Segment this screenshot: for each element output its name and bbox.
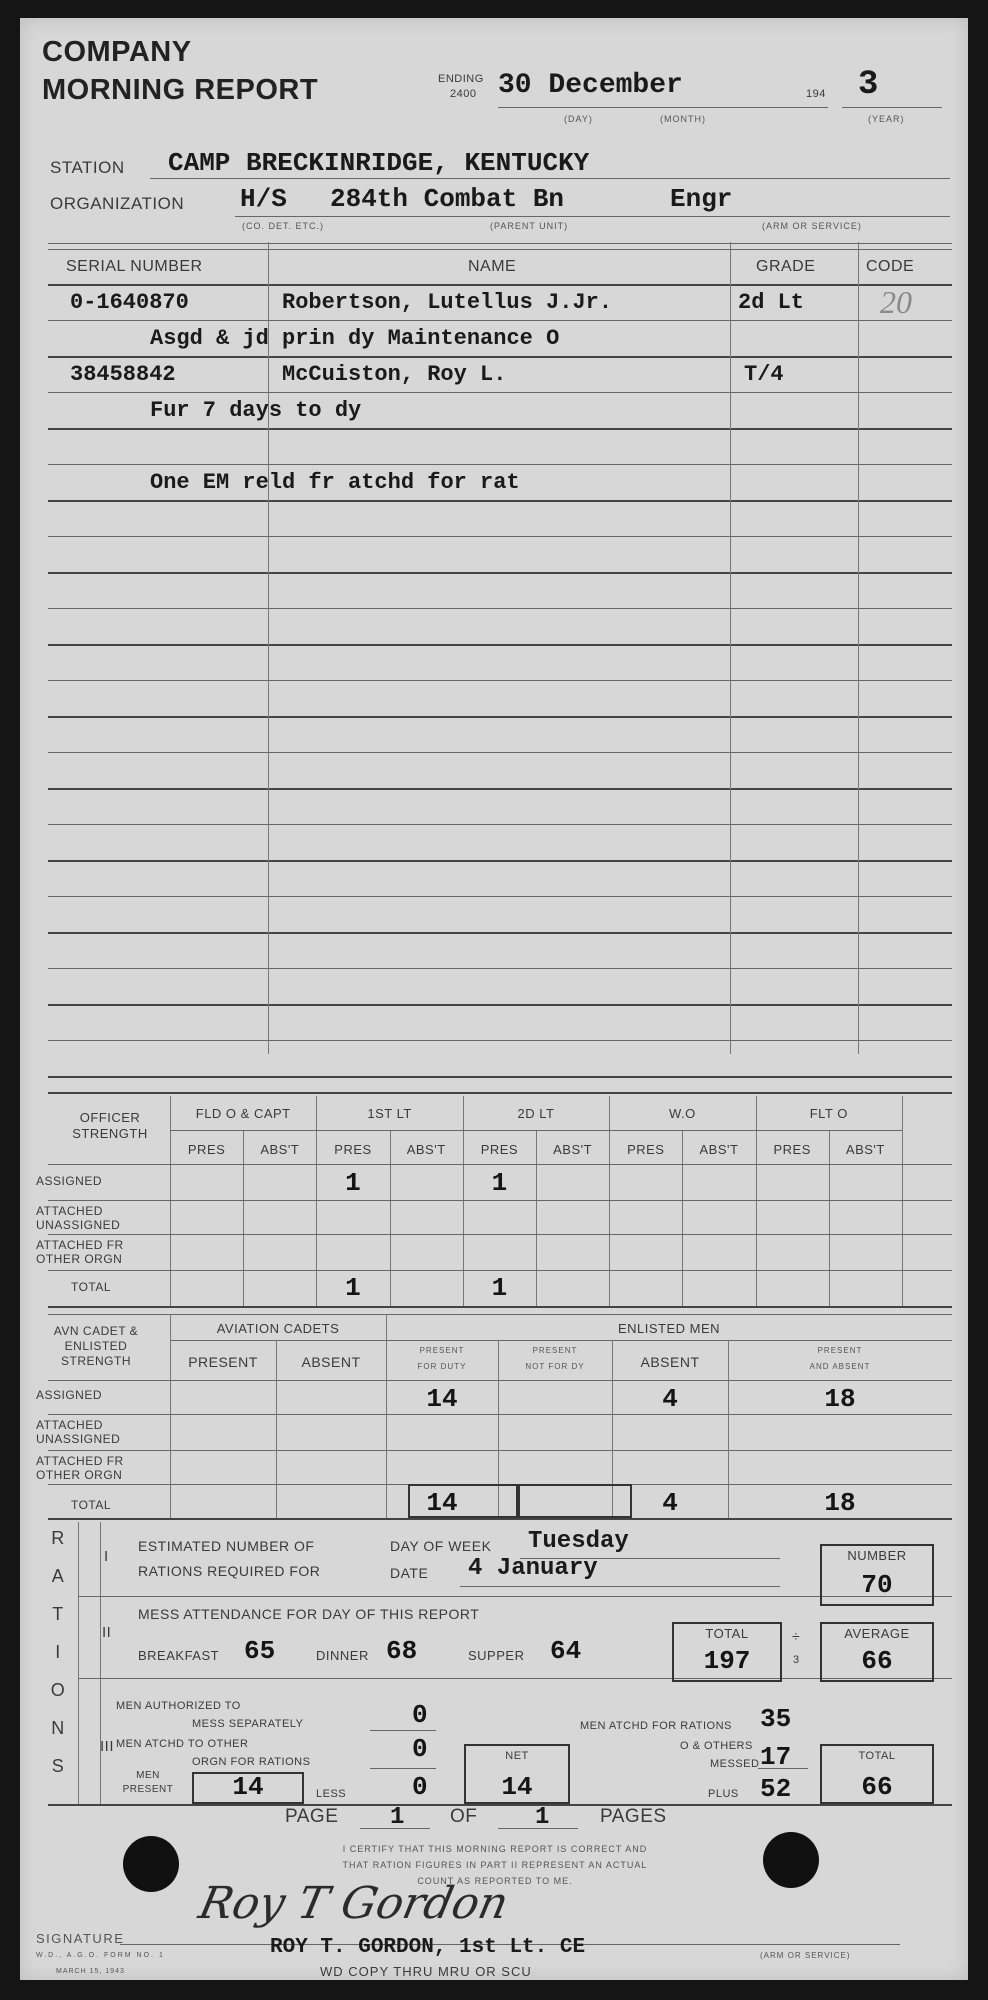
- org-sub-arm: (ARM OR SERVICE): [762, 221, 862, 231]
- entry-row-rule: [48, 320, 952, 321]
- auth-sep-2: MESS SEPARATELY: [192, 1718, 303, 1730]
- header-rule-1: [48, 243, 952, 244]
- estimated-line-2: RATIONS REQUIRED FOR: [138, 1563, 320, 1579]
- officer-assigned-value: 1: [316, 1168, 389, 1198]
- day-sublabel: (DAY): [564, 114, 593, 124]
- copy-note: WD COPY THRU MRU OR SCU: [320, 1964, 532, 1979]
- of-label: OF: [450, 1806, 477, 1828]
- officer-sub-abst: ABS'T: [682, 1142, 755, 1157]
- final-total-label: TOTAL: [820, 1750, 934, 1762]
- col-header-serial: SERIAL NUMBER: [66, 258, 203, 276]
- entry-row-rule: [48, 536, 952, 537]
- year-prefix: 194: [806, 88, 826, 100]
- officer-col-divider: [170, 1096, 171, 1306]
- page-number: 1: [390, 1804, 404, 1831]
- net-label: NET: [464, 1750, 570, 1762]
- col-present-duty-2: FOR DUTY: [386, 1362, 498, 1371]
- breakfast-value: 65: [244, 1636, 275, 1666]
- atchd-other-1: MEN ATCHD TO OTHER: [116, 1738, 248, 1750]
- men-present-1: MEN: [108, 1770, 188, 1782]
- form-date: MARCH 15, 1943: [56, 1968, 125, 1975]
- dinner-value: 68: [386, 1636, 417, 1666]
- mess-total-value: 197: [672, 1646, 782, 1676]
- entry-row-rule: [48, 788, 952, 790]
- col-em-absent: ABSENT: [612, 1354, 728, 1370]
- officer-assigned-value: 1: [463, 1168, 536, 1198]
- officer-bottom-rule: [48, 1306, 952, 1308]
- day-of-week-value: Tuesday: [528, 1528, 629, 1555]
- auth-sep-value: 0: [412, 1700, 428, 1730]
- col-cadets-absent: ABSENT: [276, 1354, 386, 1370]
- form-number: W.D., A.G.O. FORM NO. 1: [36, 1952, 165, 1959]
- officer-row-rule: [48, 1234, 952, 1235]
- rations-side-letter-2: T: [46, 1604, 70, 1625]
- mess-total-label: TOTAL: [672, 1626, 782, 1641]
- year-sublabel: (YEAR): [868, 114, 905, 124]
- col-pres-abs-2: AND ABSENT: [728, 1362, 952, 1371]
- entry-remark-2: Fur 7 days to dy: [150, 398, 361, 423]
- entry-name-2: McCuiston, Roy L.: [282, 362, 506, 387]
- atchd-other-line: [370, 1768, 436, 1769]
- col-header-name: NAME: [468, 258, 516, 276]
- men-atchd-rations-label: MEN ATCHD FOR RATIONS: [580, 1720, 732, 1732]
- entry-row-rule: [48, 464, 952, 465]
- officer-row-label-3: TOTAL: [36, 1280, 146, 1294]
- officer-sub-pres: PRES: [756, 1142, 829, 1157]
- date-underline: [498, 107, 828, 108]
- col-pres-abs-1: PRESENT: [728, 1346, 952, 1355]
- officer-top-rule: [48, 1092, 952, 1094]
- officer-group-0: FLD O & CAPT: [170, 1106, 316, 1121]
- station-underline: [150, 178, 950, 179]
- officer-sub-pres: PRES: [316, 1142, 389, 1157]
- entry-row-rule: [48, 356, 952, 358]
- officer-sub-abst: ABS'T: [390, 1142, 463, 1157]
- certify-line-2: THAT RATION FIGURES IN PART II REPRESENT…: [250, 1860, 740, 1870]
- morning-report-card: COMPANY MORNING REPORT ENDING 2400 30 De…: [20, 18, 968, 1980]
- signer-typed-name: ROY T. GORDON, 1st Lt. CE: [270, 1936, 585, 1959]
- entry-column-divider: [730, 242, 731, 1054]
- rations-side-letter-1: A: [46, 1566, 70, 1587]
- officer-sub-pres: PRES: [463, 1142, 536, 1157]
- less-value: 0: [412, 1772, 428, 1802]
- officer-col-divider: [902, 1096, 903, 1306]
- officer-group-2: 2D LT: [463, 1106, 609, 1121]
- station-label: STATION: [50, 158, 125, 178]
- organization-label: ORGANIZATION: [50, 194, 184, 214]
- rations-side-letter-3: I: [46, 1642, 70, 1663]
- col-header-grade: GRADE: [756, 258, 815, 276]
- enlisted-group-rule: [170, 1340, 952, 1341]
- plus-label: PLUS: [708, 1788, 739, 1800]
- section-iii-label: III: [100, 1738, 114, 1755]
- organization-parent-unit: 284th Combat Bn: [330, 184, 564, 214]
- enlisted-total-value: 18: [728, 1488, 952, 1518]
- entry-code-1: 20: [880, 284, 912, 321]
- station-value: CAMP BRECKINRIDGE, KENTUCKY: [168, 148, 589, 178]
- enlisted-row-label-0: ASSIGNED: [36, 1388, 146, 1402]
- report-day-month: 30 December: [498, 70, 683, 101]
- certify-line-1: I CERTIFY THAT THIS MORNING REPORT IS CO…: [250, 1844, 740, 1854]
- officer-row-label-2: ATTACHED FR OTHER ORGN: [36, 1238, 146, 1266]
- of-underline: [498, 1828, 578, 1829]
- net-value: 14: [464, 1772, 570, 1802]
- col-cadets-present: PRESENT: [170, 1354, 276, 1370]
- enlisted-row-rule: [48, 1414, 952, 1415]
- officer-group-4: FLT O: [756, 1106, 902, 1121]
- rations-side-letter-6: S: [46, 1756, 70, 1777]
- total-present-duty-box: [408, 1484, 518, 1518]
- section-i-label: I: [104, 1548, 109, 1565]
- average-label: AVERAGE: [820, 1626, 934, 1641]
- enlisted-men-header: ENLISTED MEN: [386, 1321, 952, 1336]
- plus-value: 52: [760, 1774, 791, 1804]
- officer-sub-pres: PRES: [609, 1142, 682, 1157]
- page-label: PAGE: [285, 1806, 338, 1828]
- atchd-other-value: 0: [412, 1734, 428, 1764]
- page-underline: [360, 1828, 430, 1829]
- entry-row-rule: [48, 968, 952, 969]
- entries-header-rule: [48, 284, 952, 286]
- supper-value: 64: [550, 1636, 581, 1666]
- col-header-code: CODE: [866, 258, 914, 276]
- organization-underline: [235, 216, 950, 217]
- entry-row-rule: [48, 500, 952, 502]
- entry-grade-1: 2d Lt: [738, 290, 804, 315]
- men-present-value: 14: [192, 1772, 304, 1802]
- officer-col-divider: [756, 1096, 757, 1306]
- dinner-label: DINNER: [316, 1648, 369, 1663]
- entry-row-rule: [48, 896, 952, 897]
- entry-row-rule: [48, 932, 952, 934]
- atchd-other-2: ORGN FOR RATIONS: [192, 1756, 310, 1768]
- year-underline: [842, 107, 942, 108]
- entry-row-rule: [48, 824, 952, 825]
- enlisted-assigned-value: 18: [728, 1384, 952, 1414]
- enlisted-assigned-value: 4: [612, 1384, 728, 1414]
- ending-time-label: 2400: [450, 88, 476, 100]
- supper-label: SUPPER: [468, 1648, 524, 1663]
- entry-row-rule: [48, 716, 952, 718]
- average-value: 66: [820, 1646, 934, 1676]
- o-others-line: [758, 1768, 808, 1769]
- officer-row-rule: [48, 1270, 952, 1271]
- men-atchd-rations-value: 35: [760, 1704, 791, 1734]
- day-of-week-label: DAY OF WEEK: [390, 1538, 491, 1554]
- rations-side-letter-5: N: [46, 1718, 70, 1739]
- handwritten-signature: Roy T Gordon: [195, 1878, 513, 1929]
- date-value: 4 January: [468, 1555, 598, 1582]
- enlisted-strength-title: AVN CADET & ENLISTED STRENGTH: [36, 1324, 156, 1369]
- entry-name-1: Robertson, Lutellus J.Jr.: [282, 290, 612, 315]
- org-sub-parent: (PARENT UNIT): [490, 221, 568, 231]
- entry-row-rule: [48, 860, 952, 862]
- enlisted-row-rule: [48, 1450, 952, 1451]
- number-label: NUMBER: [820, 1548, 934, 1563]
- entry-row-rule: [48, 644, 952, 646]
- form-title-line2: MORNING REPORT: [42, 74, 318, 107]
- col-present-not-2: NOT FOR DY: [498, 1362, 612, 1371]
- month-sublabel: (MONTH): [660, 114, 706, 124]
- organization-unit: H/S: [240, 184, 287, 214]
- o-others-1: O & OTHERS: [680, 1740, 753, 1752]
- signature-label: SIGNATURE: [36, 1931, 124, 1946]
- total-pages: 1: [535, 1804, 549, 1831]
- divide-symbol: ÷: [792, 1628, 800, 1644]
- entry-remark-3: One EM reld fr atchd for rat: [150, 470, 520, 495]
- entry-row-rule: [48, 752, 952, 753]
- enlisted-row-rule: [48, 1380, 952, 1381]
- org-sub-co: (CO. DET. ETC.): [242, 221, 324, 231]
- officer-sub-abst: ABS'T: [829, 1142, 902, 1157]
- date-line: [460, 1586, 780, 1587]
- enlisted-row-label-1: ATTACHED UNASSIGNED: [36, 1418, 146, 1446]
- officer-strength-title: OFFICER STRENGTH: [50, 1110, 170, 1142]
- entry-grade-2: T/4: [744, 362, 784, 387]
- enlisted-top-rule: [48, 1314, 952, 1315]
- entry-serial-1: 0-1640870: [70, 290, 189, 315]
- officer-group-3: W.O: [609, 1106, 755, 1121]
- section-ii-label: II: [102, 1624, 111, 1641]
- rations-number-value: 70: [820, 1570, 934, 1600]
- o-others-2: MESSED: [710, 1758, 759, 1770]
- officer-sub-abst: ABS'T: [536, 1142, 609, 1157]
- officer-sub-abst: ABS'T: [243, 1142, 316, 1157]
- final-total-value: 66: [820, 1772, 934, 1802]
- divide-by: 3: [793, 1654, 800, 1666]
- officer-total-value: 1: [316, 1273, 389, 1303]
- officer-total-value: 1: [463, 1273, 536, 1303]
- auth-sep-1: MEN AUTHORIZED TO: [116, 1700, 241, 1712]
- organization-arm: Engr: [670, 184, 732, 214]
- officer-col-divider: [609, 1096, 610, 1306]
- rations-letter-divider: [78, 1522, 79, 1806]
- arm-service-sublabel: (ARM OR SERVICE): [760, 1951, 851, 1960]
- men-present-2: PRESENT: [108, 1784, 188, 1795]
- aviation-cadets-header: AVIATION CADETS: [170, 1321, 386, 1336]
- auth-sep-line: [370, 1730, 436, 1731]
- enlisted-row-label-3: TOTAL: [36, 1498, 146, 1512]
- entry-column-divider: [858, 242, 859, 1054]
- estimated-line-1: ESTIMATED NUMBER OF: [138, 1538, 314, 1554]
- entry-column-divider: [268, 242, 269, 1054]
- ending-label: ENDING: [438, 73, 484, 85]
- total-present-not-box: [518, 1484, 632, 1518]
- col-present-not-1: PRESENT: [498, 1346, 612, 1355]
- pages-label: PAGES: [600, 1806, 667, 1828]
- enlisted-row-label-2: ATTACHED FR OTHER ORGN: [36, 1454, 146, 1482]
- date-label: DATE: [390, 1565, 428, 1581]
- enlisted-bottom-rule: [48, 1518, 952, 1520]
- entry-row-rule: [48, 680, 952, 681]
- entry-row-rule: [48, 572, 952, 574]
- entry-row-rule: [48, 1076, 952, 1078]
- rations-side-letter-0: R: [46, 1528, 70, 1549]
- rations-bottom-rule: [48, 1804, 952, 1806]
- punch-hole-right: [763, 1832, 819, 1888]
- officer-row-rule: [48, 1164, 952, 1165]
- entry-row-rule: [48, 428, 952, 430]
- punch-hole-left: [123, 1836, 179, 1892]
- form-title-line1: COMPANY: [42, 36, 192, 69]
- officer-row-rule: [48, 1200, 952, 1201]
- less-label: LESS: [316, 1788, 346, 1800]
- officer-row-label-0: ASSIGNED: [36, 1174, 146, 1188]
- officer-row-label-1: ATTACHED UNASSIGNED: [36, 1204, 146, 1232]
- mess-attendance-label: MESS ATTENDANCE FOR DAY OF THIS REPORT: [138, 1606, 479, 1622]
- entry-serial-2: 38458842: [70, 362, 176, 387]
- rations-section-divider: [100, 1522, 101, 1806]
- entry-row-rule: [48, 392, 952, 393]
- officer-group-1: 1ST LT: [316, 1106, 462, 1121]
- rations-side-letter-4: O: [46, 1680, 70, 1701]
- entry-remark-1: Asgd & jd prin dy Maintenance O: [150, 326, 559, 351]
- header-rule-2: [48, 249, 952, 250]
- col-present-duty-1: PRESENT: [386, 1346, 498, 1355]
- entry-row-rule: [48, 608, 952, 609]
- entry-row-rule: [48, 1004, 952, 1006]
- enlisted-col-divider: [170, 1314, 171, 1518]
- officer-sub-pres: PRES: [170, 1142, 243, 1157]
- enlisted-assigned-value: 14: [386, 1384, 498, 1414]
- report-year-digit: 3: [858, 66, 878, 104]
- officer-group-rule: [170, 1130, 902, 1131]
- breakfast-label: BREAKFAST: [138, 1648, 219, 1663]
- entry-row-rule: [48, 1040, 952, 1041]
